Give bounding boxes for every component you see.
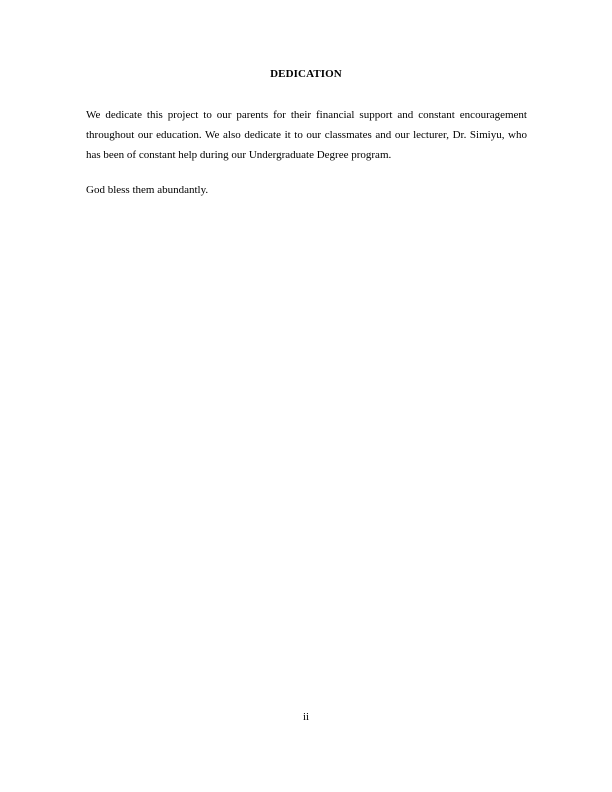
- blessing-paragraph: God bless them abundantly.: [86, 180, 527, 200]
- paragraph-line: has been of constant help during our Und…: [86, 145, 527, 165]
- paragraph-line: throughout our education. We also dedica…: [86, 125, 527, 145]
- paragraph-line: We dedicate this project to our parents …: [86, 105, 527, 125]
- document-page: DEDICATION We dedicate this project to o…: [0, 0, 612, 792]
- dedication-paragraph: We dedicate this project to our parents …: [86, 105, 527, 165]
- page-number: ii: [0, 711, 612, 723]
- page-title: DEDICATION: [0, 68, 612, 80]
